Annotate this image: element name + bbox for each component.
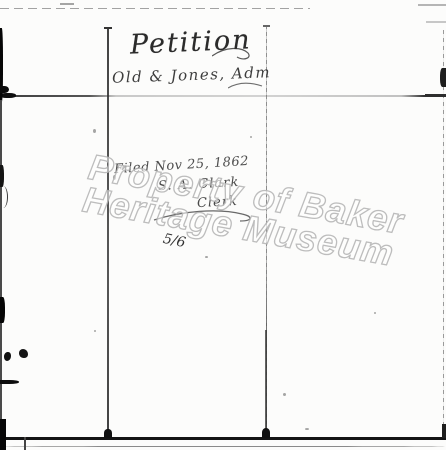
- filed-date-handwriting: Filed Nov 25, 1862: [114, 154, 250, 177]
- noise-speck: [60, 3, 74, 5]
- title-flourish-stroke: [212, 44, 260, 64]
- right-edge-top-mark: [418, 4, 446, 6]
- watermark-line2: Heritage Museum: [81, 182, 446, 284]
- bottom-scan-line: [0, 437, 446, 440]
- middle-fold-line: [0, 95, 446, 97]
- right-edge-bottom-mark: [442, 424, 446, 438]
- left-fold-line-tick: [104, 27, 112, 29]
- bottom-left-tick: [24, 437, 26, 450]
- clerk-signature-handwriting: S. A. Clark: [158, 175, 240, 194]
- right-fold-line-lower: [265, 330, 267, 437]
- noise-speck: [250, 136, 252, 138]
- left-edge-ink-dot: [19, 349, 28, 358]
- left-scan-edge-blob: [0, 297, 5, 323]
- bottom-paper-edge-line: [0, 446, 446, 447]
- noise-speck: [374, 312, 376, 314]
- right-edge-fold-line: [443, 30, 444, 437]
- left-fold-line: [107, 28, 109, 437]
- left-scan-edge-curve-mark: [0, 186, 8, 208]
- left-scan-edge-thin: [0, 100, 2, 437]
- left-edge-line-stub: [0, 380, 19, 384]
- scanned-document-page: Petition Old & Jones, Adm Filed Nov 25, …: [0, 0, 446, 450]
- clerk-underline-flourish: [152, 206, 260, 224]
- noise-speck: [283, 393, 286, 396]
- right-edge-top-mark: [426, 21, 446, 23]
- left-scan-edge-bump: [0, 86, 9, 93]
- bottom-line-blob: [104, 429, 112, 438]
- noise-speck: [94, 330, 96, 332]
- party-line-tail-stroke: [228, 80, 264, 92]
- left-scan-edge-blob: [0, 165, 4, 187]
- docket-fraction-handwriting: 5/6: [162, 231, 187, 251]
- noise-speck: [305, 428, 309, 430]
- right-edge-mid-mark: [425, 94, 446, 97]
- right-fold-line-tick: [263, 25, 270, 27]
- noise-speck: [205, 256, 208, 258]
- left-edge-ink-dot: [4, 352, 11, 361]
- noise-speck: [93, 129, 96, 133]
- left-scan-edge-blob: [0, 419, 6, 450]
- bottom-line-blob: [262, 428, 270, 438]
- top-fold-line: [0, 8, 310, 9]
- right-edge-ink-blob: [440, 68, 446, 87]
